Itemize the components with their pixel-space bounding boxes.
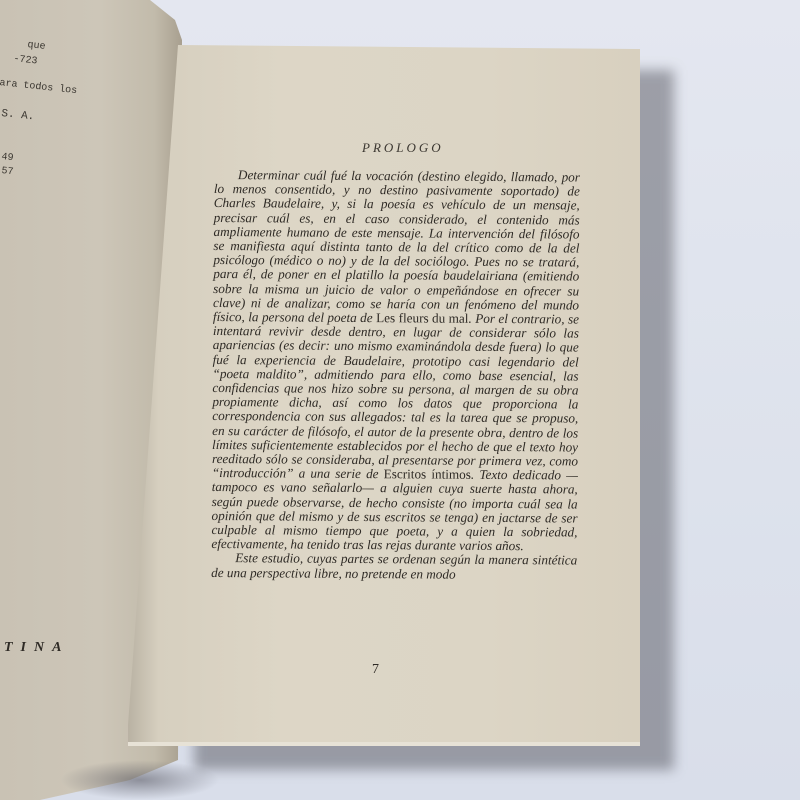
page-number: 7: [372, 662, 379, 678]
paragraph-text: . Texto dedicado —tampoco es vano señala…: [211, 467, 578, 553]
paragraph-text: Determinar cuál fué la vocación (destino…: [213, 167, 580, 325]
paragraph: Determinar cuál fué la vocación (destino…: [211, 168, 580, 554]
prologue-heading: PROLOGO: [362, 140, 444, 156]
left-page-footer: TINA: [4, 640, 69, 656]
prologue-body: Determinar cuál fué la vocación (destino…: [211, 168, 580, 582]
page-edge: [128, 742, 640, 746]
left-fragment: -723: [13, 54, 38, 67]
paragraph-text: . Por el contrario, se intentará revivir…: [212, 311, 579, 482]
left-fragment: que: [27, 40, 46, 53]
paragraph-text: Este estudio, cuyas partes se ordenan se…: [211, 551, 577, 582]
paragraph: Este estudio, cuyas partes se ordenan se…: [211, 551, 577, 582]
left-fragment: 57: [1, 166, 14, 178]
left-fragment: 49: [1, 152, 14, 164]
book-title: Les fleurs du mal: [376, 310, 468, 326]
book-title: Escritos íntimos: [384, 466, 471, 482]
